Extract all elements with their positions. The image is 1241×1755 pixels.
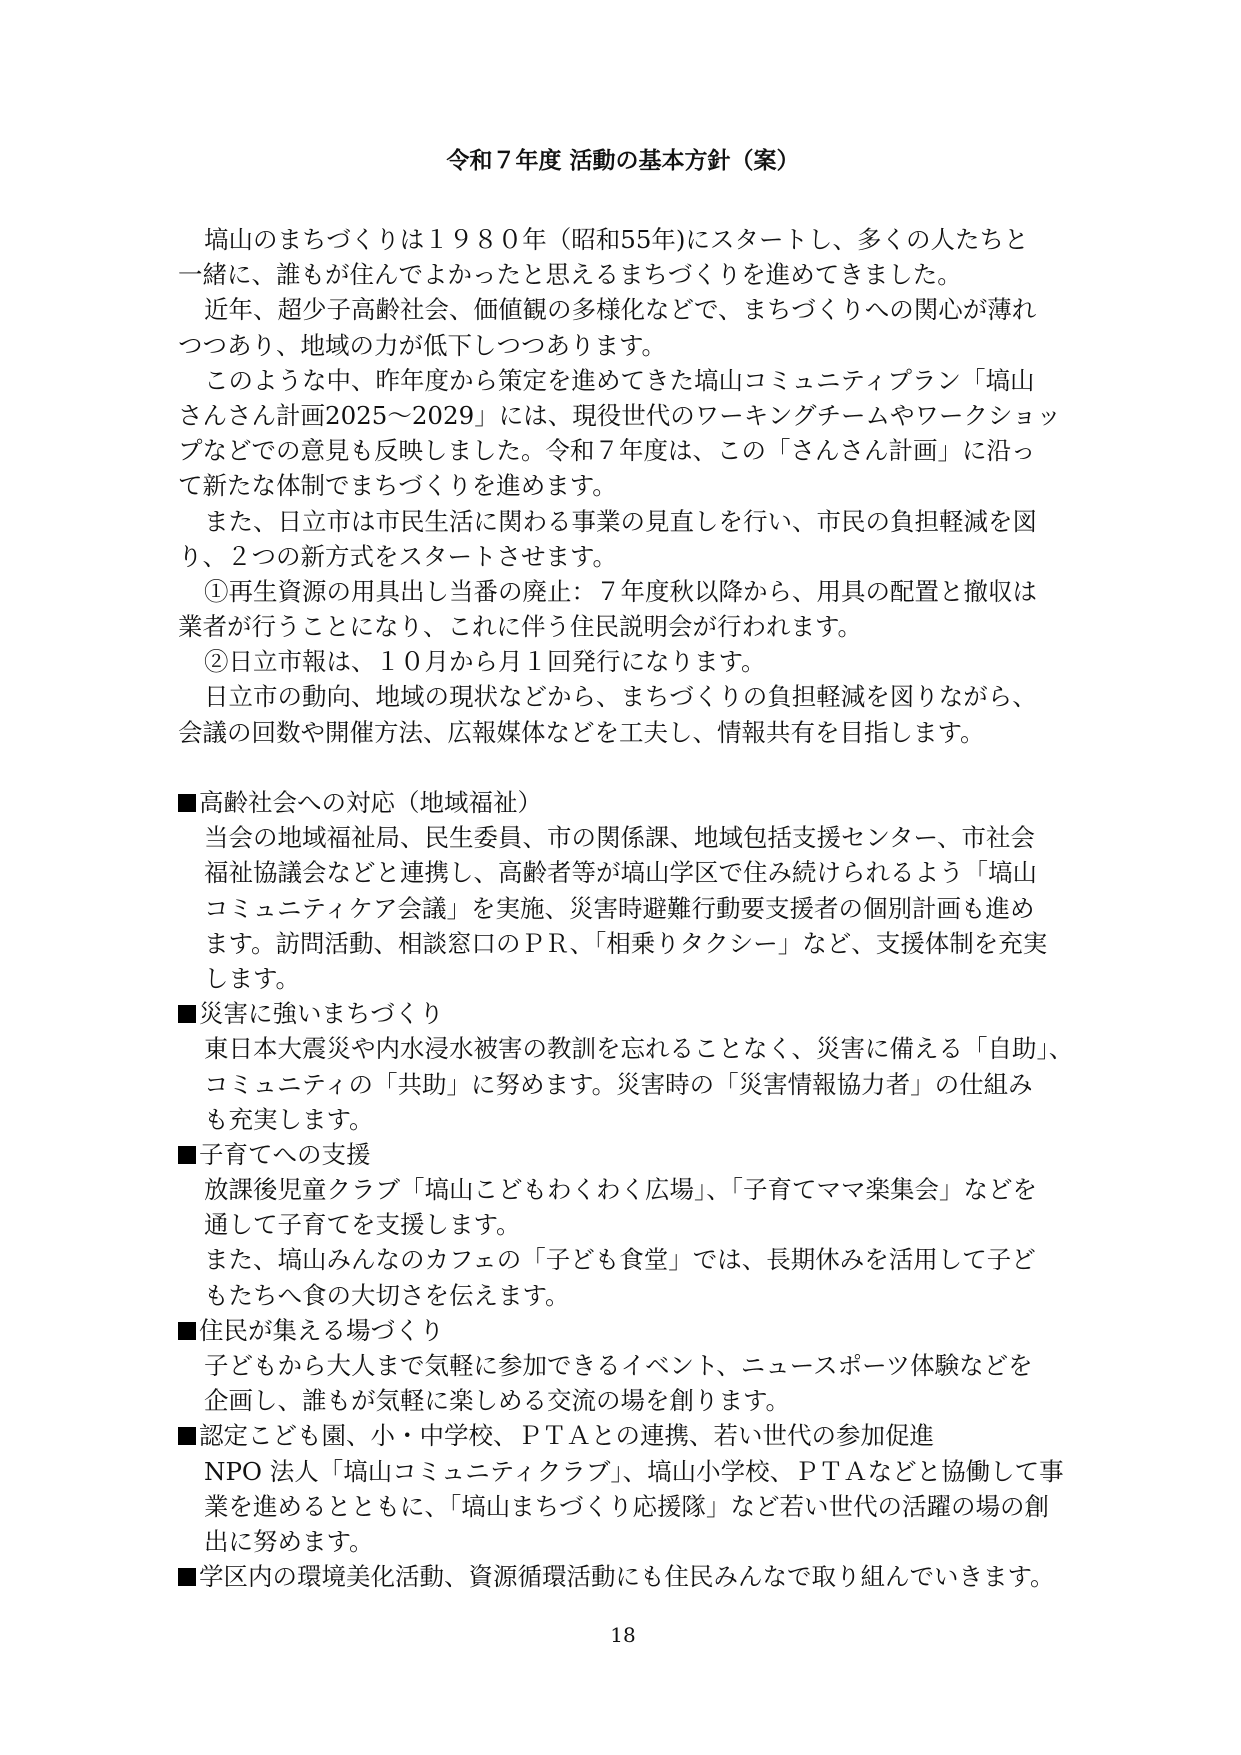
intro-line: 一緒に、誰もが住んでよかったと思えるまちづくりを進めてきました。 xyxy=(178,257,1068,292)
section-line: NPO 法人「塙山コミュニティクラブ」、塙山小学校、ＰＴＡなどと協働して事 xyxy=(178,1454,1068,1489)
section-elderly-support: 高齢社会への対応（地域福祉） 当会の地域福祉局、民生委員、市の関係課、地域包括支… xyxy=(178,785,1068,996)
intro-line: ②日立市報は、１０月から月１回発行になります。 xyxy=(178,644,1068,679)
intro-line: 業者が行うことになり、これに伴う住民説明会が行われます。 xyxy=(178,609,1068,644)
document-body: 塙山のまちづくりは１９８０年（昭和55年)にスタートし、多くの人たちと 一緒に、… xyxy=(178,222,1068,1594)
section-heading: 子育てへの支援 xyxy=(178,1137,1068,1172)
black-square-bullet-icon xyxy=(178,1146,196,1164)
section-line: コミュニティケア会議」を実施、災害時避難行動要支援者の個別計画も進め xyxy=(178,891,1068,926)
section-childcare-support: 子育てへの支援 放課後児童クラブ「塙山こどもわくわく広場」、「子育てママ楽集会」… xyxy=(178,1137,1068,1313)
intro-line: このような中、昨年度から策定を進めてきた塙山コミュニティプラン「塙山 xyxy=(178,363,1068,398)
section-heading: 高齢社会への対応（地域福祉） xyxy=(178,785,1068,820)
black-square-bullet-icon xyxy=(178,1427,196,1445)
intro-line: 近年、超少子高齢社会、価値観の多様化などで、まちづくりへの関心が薄れ xyxy=(178,292,1068,327)
section-line: 出に努めます。 xyxy=(178,1524,1068,1559)
intro-paragraphs: 塙山のまちづくりは１９８０年（昭和55年)にスタートし、多くの人たちと 一緒に、… xyxy=(178,222,1068,750)
section-heading-text: 子育てへの支援 xyxy=(199,1140,371,1169)
section-line: 通して子育てを支援します。 xyxy=(178,1207,1068,1242)
intro-line: つつあり、地域の力が低下しつつあります。 xyxy=(178,328,1068,363)
section-line: コミュニティの「共助」に努めます。災害時の「災害情報協力者」の仕組み xyxy=(178,1067,1068,1102)
section-line: 福祉協議会などと連携し、高齢者等が塙山学区で住み続けられるよう「塙山 xyxy=(178,855,1068,890)
section-line: 企画し、誰もが気軽に楽しめる交流の場を創ります。 xyxy=(178,1383,1068,1418)
section-heading-text: 災害に強いまちづくり xyxy=(199,999,444,1028)
section-line: 放課後児童クラブ「塙山こどもわくわく広場」、「子育てママ楽集会」などを xyxy=(178,1172,1068,1207)
black-square-bullet-icon xyxy=(178,1005,196,1023)
section-heading: 学区内の環境美化活動、資源循環活動にも住民みんなで取り組んでいきます。 xyxy=(178,1559,1068,1594)
section-line: もたちへ食の大切さを伝えます。 xyxy=(178,1278,1068,1313)
intro-line: て新たな体制でまちづくりを進めます。 xyxy=(178,468,1068,503)
section-heading-text: 住民が集える場づくり xyxy=(199,1316,444,1345)
section-line: 当会の地域福祉局、民生委員、市の関係課、地域包括支援センター、市社会 xyxy=(178,820,1068,855)
document-title: 令和７年度 活動の基本方針（案） xyxy=(178,146,1068,176)
section-disaster-resilience: 災害に強いまちづくり 東日本大震災や内水浸水被害の教訓を忘れることなく、災害に備… xyxy=(178,996,1068,1137)
section-line: します。 xyxy=(178,961,1068,996)
section-heading-text: 認定こども園、小・中学校、ＰＴＡとの連携、若い世代の参加促進 xyxy=(199,1421,934,1450)
section-gathering-places: 住民が集える場づくり 子どもから大人まで気軽に参加できるイベント、ニュースポーツ… xyxy=(178,1313,1068,1419)
section-heading: 住民が集える場づくり xyxy=(178,1313,1068,1348)
spacer xyxy=(178,750,1068,785)
section-heading-text: 高齢社会への対応（地域福祉） xyxy=(199,788,542,817)
section-line: 業を進めるとともに、「塙山まちづくり応援隊」など若い世代の活躍の場の創 xyxy=(178,1489,1068,1524)
section-line: 子どもから大人まで気軽に参加できるイベント、ニュースポーツ体験などを xyxy=(178,1348,1068,1383)
page-number: 18 xyxy=(178,1623,1068,1647)
intro-line: 会議の回数や開催方法、広報媒体などを工夫し、情報共有を目指します。 xyxy=(178,715,1068,750)
intro-line: また、日立市は市民生活に関わる事業の見直しを行い、市民の負担軽減を図 xyxy=(178,504,1068,539)
section-line: また、塙山みんなのカフェの「子ども食堂」では、長期休みを活用して子ど xyxy=(178,1242,1068,1277)
intro-line: さんさん計画2025～2029」には、現役世代のワーキングチームやワークショッ xyxy=(178,398,1068,433)
section-heading: 認定こども園、小・中学校、ＰＴＡとの連携、若い世代の参加促進 xyxy=(178,1418,1068,1453)
intro-line: 日立市の動向、地域の現状などから、まちづくりの負担軽減を図りながら、 xyxy=(178,679,1068,714)
black-square-bullet-icon xyxy=(178,1568,196,1586)
black-square-bullet-icon xyxy=(178,794,196,812)
section-environment-activities: 学区内の環境美化活動、資源循環活動にも住民みんなで取り組んでいきます。 xyxy=(178,1559,1068,1594)
intro-line: ①再生資源の用具出し当番の廃止：７年度秋以降から、用具の配置と撤収は xyxy=(178,574,1068,609)
intro-line: り、２つの新方式をスタートさせます。 xyxy=(178,539,1068,574)
intro-line: プなどでの意見も反映しました。令和７年度は、この「さんさん計画」に沿っ xyxy=(178,433,1068,468)
section-heading: 災害に強いまちづくり xyxy=(178,996,1068,1031)
intro-line: 塙山のまちづくりは１９８０年（昭和55年)にスタートし、多くの人たちと xyxy=(178,222,1068,257)
section-school-collaboration: 認定こども園、小・中学校、ＰＴＡとの連携、若い世代の参加促進 NPO 法人「塙山… xyxy=(178,1418,1068,1559)
section-line: ます。訪問活動、相談窓口のＰＲ、「相乗りタクシー」など、支援体制を充実 xyxy=(178,926,1068,961)
section-heading-text: 学区内の環境美化活動、資源循環活動にも住民みんなで取り組んでいきます。 xyxy=(199,1562,1055,1591)
black-square-bullet-icon xyxy=(178,1322,196,1340)
section-line: も充実します。 xyxy=(178,1102,1068,1137)
section-line: 東日本大震災や内水浸水被害の教訓を忘れることなく、災害に備える「自助」、 xyxy=(178,1031,1068,1066)
